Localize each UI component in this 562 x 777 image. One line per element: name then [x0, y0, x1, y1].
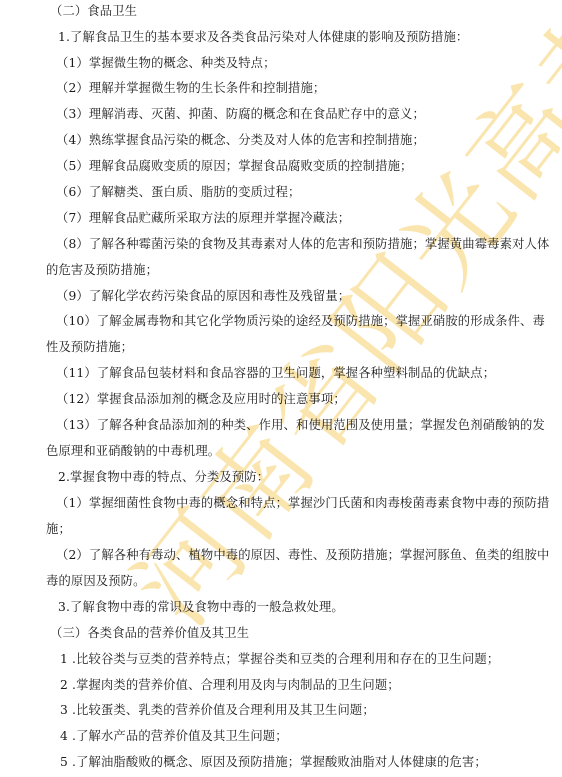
section-heading: （二）食品卫生: [50, 2, 137, 20]
subitem-line: （8）了解各种霉菌污染的食物及其毒素对人体的危害和预防措施；掌握黄曲霉毒素对人体: [56, 235, 549, 253]
item-line: 1 .比较谷类与豆类的营养特点；掌握谷类和豆类的合理利用和存在的卫生问题；: [60, 650, 499, 668]
subitem-line: （9）了解化学农药污染食品的原因和毒性及残留量；: [56, 287, 350, 305]
subitem-line: （2）了解各种有毒动、植物中毒的原因、毒性、及预防措施；掌握河豚鱼、鱼类的组胺中: [56, 546, 549, 564]
subitem-line: （6）了解糖类、蛋白质、脂肪的变质过程；: [56, 183, 300, 201]
subitem-line: （13）了解各种食品添加剂的种类、作用、和使用范围及使用量；掌握发色剂硝酸钠的发: [56, 416, 545, 434]
subitem-line: （7）理解食品贮藏所采取方法的原理并掌握冷藏法；: [56, 209, 350, 227]
subitem-line: （12）掌握食品添加剂的概念及应用时的注意事项；: [56, 390, 346, 408]
subitem-line: （3）理解消毒、灭菌、抑菌、防腐的概念和在食品贮存中的意义；: [56, 105, 425, 123]
subitem-line: （11）了解食品包装材料和食品容器的卫生问题，掌握各种塑料制品的优缺点；: [56, 364, 495, 382]
item-line: 5 .了解油脂酸败的概念、原因及预防措施；掌握酸败油脂对人体健康的危害；: [60, 753, 487, 771]
wrap-line: 性及预防措施；: [46, 338, 133, 356]
subitem-line: （1）掌握细菌性食物中毒的概念和特点；掌握沙门氏菌和肉毒梭菌毒素食物中毒的预防措: [56, 494, 549, 512]
wrap-line: 的危害及预防措施；: [46, 261, 158, 279]
wrap-line: 色原理和亚硝酸钠的中毒机理。: [46, 442, 220, 460]
subitem-line: （4）熟练掌握食品污染的概念、分类及对人体的危害和控制措施；: [56, 131, 425, 149]
subitem-line: （10）了解金属毒物和其它化学物质污染的途经及预防措施；掌握亚硝胺的形成条件、毒: [56, 312, 545, 330]
section-heading: （三）各类食品的营养价值及其卫生: [50, 624, 249, 642]
item-line: 2 .掌握肉类的营养价值、合理利用及肉与肉制品的卫生问题；: [60, 676, 400, 694]
item-line: 3.了解食物中毒的常识及食物中毒的一般急救处理。: [58, 598, 344, 616]
item-line: 3 .比较蛋类、乳类的营养价值及合理利用及其卫生问题；: [60, 701, 375, 719]
item-line: 1.了解食品卫生的基本要求及各类食品污染对人体健康的影响及预防措施：: [58, 28, 468, 46]
subitem-line: （1）掌握微生物的概念、种类及特点；: [56, 54, 276, 72]
subitem-line: （2）理解并掌握微生物的生长条件和控制措施；: [56, 79, 325, 97]
item-line: 2.掌握食物中毒的特点、分类及预防：: [58, 468, 269, 486]
subitem-line: （5）理解食品腐败变质的原因；掌握食品腐败变质的控制措施；: [56, 157, 413, 175]
wrap-line: 毒的原因及预防。: [46, 572, 146, 590]
wrap-line: 施；: [46, 520, 71, 538]
document-page: 河南省阳光高考 （二）食品卫生 1.了解食品卫生的基本要求及各类食品污染对人体健…: [0, 0, 562, 777]
item-line: 4 .了解水产品的营养价值及其卫生问题；: [60, 727, 288, 745]
